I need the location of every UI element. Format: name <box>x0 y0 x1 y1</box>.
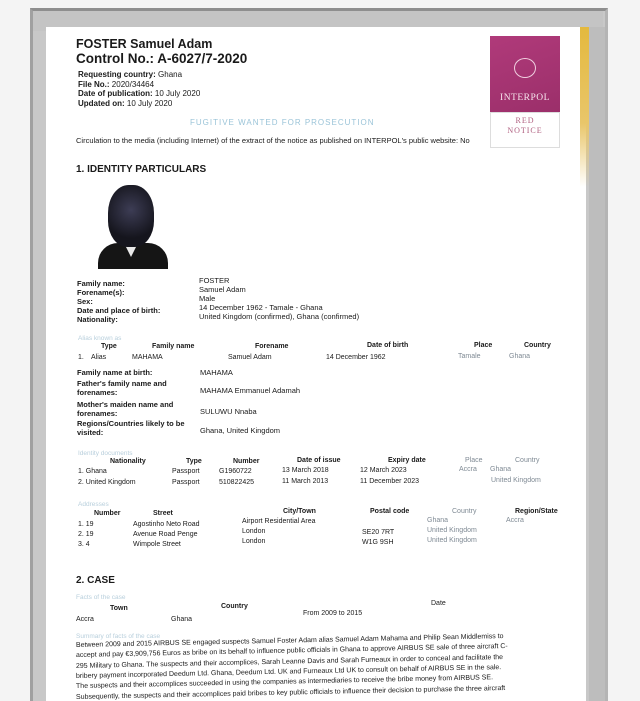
field-value: SULUWU Nnaba <box>200 408 257 417</box>
document-country: Ghana <box>490 466 511 473</box>
documents-caption: Identity documents <box>78 450 133 457</box>
document-number: 510822425 <box>219 479 254 486</box>
field-label: Family name at birth: <box>77 369 152 378</box>
address-country: Ghana <box>427 517 448 524</box>
field-value: United Kingdom (confirmed), Ghana (confi… <box>199 313 359 322</box>
address-header: Number <box>94 510 120 517</box>
request-meta: Requesting country: Ghana File No.: 2020… <box>78 70 200 108</box>
alias-forename: Samuel Adam <box>228 354 272 361</box>
case-header-date: Date <box>431 600 446 607</box>
publication-label: Date of publication: <box>78 89 153 98</box>
address-postal: SE20 7RT <box>362 529 394 536</box>
address-number: 1. 19 <box>78 521 94 528</box>
alias-family-name: MAHAMA <box>132 354 163 361</box>
page-edge <box>580 27 589 187</box>
alias-header: Country <box>524 342 551 349</box>
document-nationality: 1. Ghana <box>78 468 107 475</box>
address-city: Airport Residential Area <box>242 518 316 525</box>
person-name: FOSTER Samuel Adam <box>76 37 212 51</box>
document-number: G1960722 <box>219 468 252 475</box>
address-postal: W1G 9SH <box>362 539 394 546</box>
document-header: Place <box>465 457 483 464</box>
document-header: Type <box>186 458 202 465</box>
document-nationality: 2. United Kingdom <box>78 479 136 486</box>
notice-type: FUGITIVE WANTED FOR PROSECUTION <box>190 118 374 127</box>
addresses-caption: Addresses <box>78 501 109 508</box>
address-country: United Kingdom <box>427 537 477 544</box>
address-street: Agostinho Neto Road <box>133 521 200 528</box>
document-country: United Kingdom <box>491 477 541 484</box>
document-header: Country <box>515 457 540 464</box>
address-number: 2. 19 <box>78 531 94 538</box>
field-label: forenames: <box>77 410 117 419</box>
file-no: 2020/34464 <box>112 80 154 89</box>
interpol-red-notice-stamp: INTERPOL REDNOTICE <box>490 36 560 148</box>
document-expiry: 12 March 2023 <box>360 467 407 474</box>
stamp-notice: REDNOTICE <box>490 116 560 136</box>
field-label: visited: <box>77 429 103 438</box>
case-country: Ghana <box>171 616 192 623</box>
updated-label: Updated on: <box>78 99 125 108</box>
address-street: Wimpole Street <box>133 541 181 548</box>
section-identity-title: 1. IDENTITY PARTICULARS <box>76 164 206 175</box>
field-value: MAHAMA <box>200 369 233 378</box>
updated-date: 10 July 2020 <box>127 99 172 108</box>
alias-header: Family name <box>152 343 194 350</box>
alias-dob: 14 December 1962 <box>326 354 386 361</box>
document-header: Date of issue <box>297 457 341 464</box>
field-label: forenames: <box>77 389 117 398</box>
circulation-note: Circulation to the media (including Inte… <box>76 136 470 145</box>
alias-header: Forename <box>255 343 288 350</box>
alias-country: Ghana <box>509 353 530 360</box>
address-city: London <box>242 528 265 535</box>
document-header: Expiry date <box>388 457 426 464</box>
globe-icon <box>514 58 536 78</box>
facts-caption: Facts of the case <box>76 594 126 601</box>
case-header-country: Country <box>221 603 248 610</box>
field-value: MAHAMA Emmanuel Adamah <box>200 387 300 396</box>
address-header: Street <box>153 510 173 517</box>
address-city: London <box>242 538 265 545</box>
control-number: Control No.: A-6027/7-2020 <box>76 51 247 66</box>
publication-date: 10 July 2020 <box>155 89 200 98</box>
file-no-label: File No.: <box>78 80 110 89</box>
alias-header: Type <box>101 343 117 350</box>
document-header: Nationality <box>110 458 146 465</box>
case-date: From 2009 to 2015 <box>303 610 362 617</box>
address-header: Region/State <box>515 508 558 515</box>
document-header: Number <box>233 458 259 465</box>
suspect-photo <box>98 183 168 269</box>
document-type: Passport <box>172 479 200 486</box>
scan-side <box>589 27 605 701</box>
alias-type: Alias <box>91 354 106 361</box>
field-value: Ghana, United Kingdom <box>200 427 280 436</box>
alias-header: Date of birth <box>367 342 408 349</box>
address-number: 3. 4 <box>78 541 90 548</box>
stamp-org: INTERPOL <box>490 93 560 103</box>
address-header: Postal code <box>370 508 409 515</box>
address-header: Country <box>452 508 477 515</box>
document-expiry: 11 December 2023 <box>360 478 419 485</box>
alias-place: Tamale <box>458 353 481 360</box>
address-country: United Kingdom <box>427 527 477 534</box>
document-issued: 11 March 2013 <box>282 478 328 485</box>
alias-index: 1. <box>78 354 84 361</box>
case-town: Accra <box>76 616 94 623</box>
document-type: Passport <box>172 468 200 475</box>
alias-header: Place <box>474 342 492 349</box>
requesting-country-label: Requesting country: <box>78 70 156 79</box>
address-region: Accra <box>506 517 524 524</box>
address-header: City/Town <box>283 508 316 515</box>
address-street: Avenue Road Penge <box>133 531 197 538</box>
field-label: Nationality: <box>77 316 118 325</box>
document-place: Accra <box>459 466 477 473</box>
section-case-title: 2. CASE <box>76 575 115 586</box>
alias-caption: Alias known as <box>78 335 121 342</box>
requesting-country: Ghana <box>158 70 182 79</box>
document-issued: 13 March 2018 <box>282 467 329 474</box>
case-header-town: Town <box>110 605 128 612</box>
